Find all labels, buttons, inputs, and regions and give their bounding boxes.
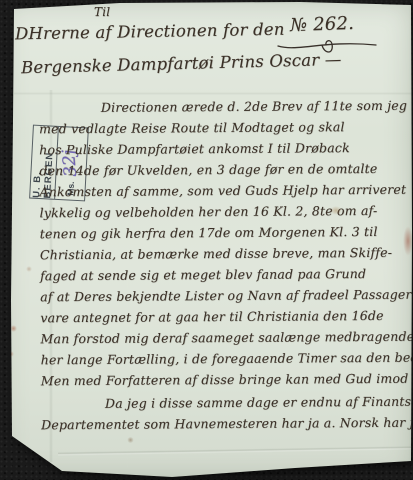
body-line: af at Deres bekjendte Lister og Navn af … <box>40 284 410 308</box>
address-line-1: DHrerne af Directionen for den <box>15 20 285 44</box>
body-line: faged at sende sig et meget blev fanad p… <box>40 263 410 287</box>
body-line: hos Puliske Dampfartøiet ankomst I til D… <box>39 137 409 161</box>
body-line: vare antegnet for at gaa her til Christi… <box>40 305 410 329</box>
letter-paper: Til DHrerne af Directionen for den Berge… <box>0 0 413 480</box>
document-number: № 262. <box>290 13 355 36</box>
body-line: her lange Fortælling, i de foregaaende T… <box>41 347 411 371</box>
body-line: Directionen ærede d. 2de Brev af 11te so… <box>39 95 409 119</box>
body-line: Departementet som Havnemesteren har ja a… <box>41 412 411 436</box>
body-line: Ankomsten af samme, som ved Guds Hjelp h… <box>39 179 409 203</box>
body-line: Christiania, at bemærke med disse breve,… <box>40 242 410 266</box>
paper-shadow-wrap: Til DHrerne af Directionen for den Berge… <box>0 0 413 480</box>
letter-body: Directionen ærede d. 2de Brev af 11te so… <box>39 95 411 436</box>
body-line: lykkelig og velbeholden her den 16 Kl. 2… <box>40 200 410 224</box>
flourish-underline <box>276 38 382 60</box>
foxing-spot <box>26 266 32 272</box>
body-line: den 14de før Ukvelden, en 3 dage før en … <box>39 158 409 182</box>
body-line: Men med Forfatteren af disse bringe kan … <box>41 368 411 392</box>
body-line: tenen og gik herfra den 17de om Morgenen… <box>40 221 410 245</box>
manuscript-scan: Til DHrerne af Directionen for den Berge… <box>0 0 413 480</box>
foxing-spot <box>8 351 14 357</box>
foxing-spot <box>127 437 134 443</box>
salutation: Til <box>94 5 110 19</box>
body-line: Man forstod mig deraf saameget saalænge … <box>40 326 410 350</box>
foxing-spot <box>10 325 17 332</box>
body-line: Da jeg i disse samme dage er endnu af Fi… <box>41 391 411 415</box>
bottom-fold-crease <box>58 446 413 456</box>
body-line: med vedlagte Reise Route til Modtaget og… <box>39 116 409 140</box>
